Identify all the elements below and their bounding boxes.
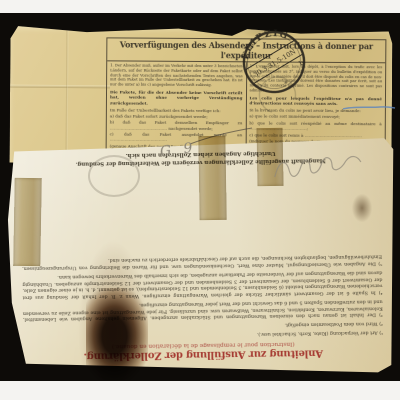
french-item-a: a) que le colis soit immédiatement renvo…	[249, 114, 382, 120]
german-item-a: a) daß das Paket sofort zurückgesendet w…	[110, 113, 243, 119]
footnote-4: ⁴) In Spalte 6 ist der Gesamtwert sämtli…	[22, 268, 382, 300]
pencil-scribble	[271, 145, 365, 185]
showthrough-stamp	[88, 155, 140, 197]
tape-strip-middle	[198, 136, 226, 220]
german-paragraph: 1. Der Absender muß, außer im Verkehr mi…	[110, 63, 243, 88]
german-intro: Im Falle der Unbestellbarkeit des Pakets…	[110, 107, 243, 113]
tape-strip-left	[13, 178, 42, 266]
german-bold-note: Die Pakete, für die der Absender keine V…	[110, 89, 243, 106]
card-crease-horizontal	[10, 85, 110, 89]
auction-photo-stage: Vorverfügungen des Absenders – Instructi…	[0, 0, 400, 400]
footnote-3: ³) Der Inhalt ist genau nach den einzeln…	[23, 297, 383, 322]
card-crease-vertical	[66, 27, 69, 157]
blue-pen-stroke	[342, 102, 396, 114]
